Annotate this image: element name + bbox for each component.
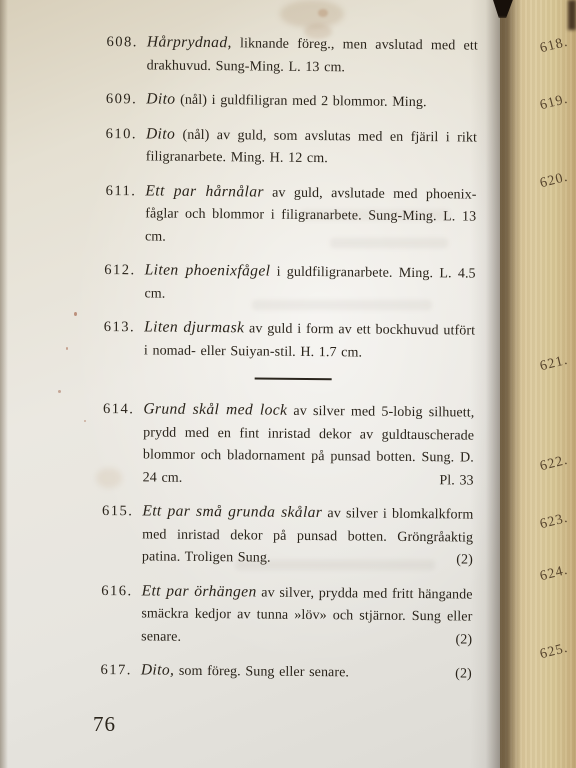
entry-lead: Hårprydnad, <box>147 33 232 51</box>
entry-number: 610. <box>0 121 137 168</box>
facing-page-entry-number: 622. <box>538 453 570 475</box>
stain-spot <box>304 24 332 39</box>
catalog-entry: 617. Dito, som föreg. Sung eller senare.… <box>0 658 472 686</box>
entry-text: Dito, som föreg. Sung eller senare.(2) <box>141 659 472 686</box>
catalog-page: 608. Hårprydnad, liknande föreg., men av… <box>0 0 500 768</box>
entry-body: (nål) av guld, som avslutas med en fjäri… <box>146 127 477 166</box>
entry-text: Liten djurmask av guld i form av ett boc… <box>144 316 475 365</box>
facing-page-entry-number: 621. <box>538 353 570 375</box>
entry-lead: Grund skål med lock <box>143 400 287 418</box>
show-through-smudge <box>252 300 432 310</box>
entry-lead: Liten phoenixfågel <box>145 261 271 279</box>
entry-number: 609. <box>0 87 137 112</box>
facing-page-entry-number: 618. <box>538 35 570 57</box>
show-through-smudge <box>300 210 450 220</box>
entry-lead: Dito <box>146 90 175 107</box>
entry-number: 617. <box>0 658 132 683</box>
entry-text: Ett par örhängen av silver, prydda med f… <box>141 580 473 652</box>
entry-lead: Dito, <box>141 661 175 678</box>
entry-lead: Ett par små grunda skålar <box>142 502 322 521</box>
catalog-entry: 609. Dito (nål) i guldfiligran med 2 blo… <box>0 87 477 115</box>
entry-lead: Ett par hårnålar <box>145 182 264 200</box>
entry-body: (nål) i guldfiligran med 2 blommor. Ming… <box>175 93 426 110</box>
catalog-entry: 614. Grund skål med lock av silver med 5… <box>0 397 474 493</box>
plate-reference: Pl. 33 <box>439 470 473 493</box>
show-through-smudge <box>330 238 448 248</box>
catalog-entries: 608. Hårprydnad, liknande föreg., men av… <box>0 30 478 697</box>
entry-number: 616. <box>0 578 133 648</box>
entry-text: Dito (nål) av guld, som avslutas med en … <box>146 123 477 172</box>
facing-page-entry-number: 623. <box>538 511 570 533</box>
catalog-entry: 616. Ett par örhängen av silver, prydda … <box>0 578 473 651</box>
book-gutter-shadow <box>470 0 522 768</box>
facing-page-entry-number: 625. <box>538 641 570 663</box>
entry-lead: Ett par örhängen <box>142 582 257 600</box>
entry-number: 615. <box>0 499 133 569</box>
facing-page-entry-number: 624. <box>538 563 570 585</box>
facing-page-entry-number: 619. <box>538 92 570 114</box>
catalog-entry: 610. Dito (nål) av guld, som avslutas me… <box>0 121 477 172</box>
entry-number: 613. <box>0 315 135 362</box>
entry-number: 612. <box>0 258 136 305</box>
stain-spot <box>96 468 122 488</box>
entry-lead: Liten djurmask <box>144 318 244 336</box>
foxing-speck <box>66 347 68 350</box>
entry-text: Hårprydnad, liknande föreg., men avsluta… <box>147 31 478 80</box>
show-through-smudge <box>235 560 435 570</box>
catalog-entry: 608. Hårprydnad, liknande föreg., men av… <box>0 30 478 81</box>
facing-page-entry-number: 620. <box>538 170 570 192</box>
page-number: 76 <box>93 712 116 737</box>
foxing-speck <box>84 420 86 422</box>
entry-text: Dito (nål) i guldfiligran med 2 blommor.… <box>146 88 477 115</box>
entry-number: 611. <box>0 178 137 248</box>
entry-body: som föreg. Sung eller senare. <box>174 664 349 681</box>
entry-number: 608. <box>0 30 138 77</box>
section-divider <box>255 377 332 380</box>
stain-spot <box>318 9 328 17</box>
catalog-entry: 613. Liten djurmask av guld i form av et… <box>0 315 475 366</box>
entry-text: Grund skål med lock av silver med 5-lobi… <box>143 398 475 492</box>
foxing-speck <box>58 390 61 393</box>
entry-lead: Dito <box>146 125 175 142</box>
foxing-speck <box>74 312 77 316</box>
fore-edge-streak <box>568 0 576 30</box>
book-photo: 608. Hårprydnad, liknande föreg., men av… <box>0 0 576 768</box>
